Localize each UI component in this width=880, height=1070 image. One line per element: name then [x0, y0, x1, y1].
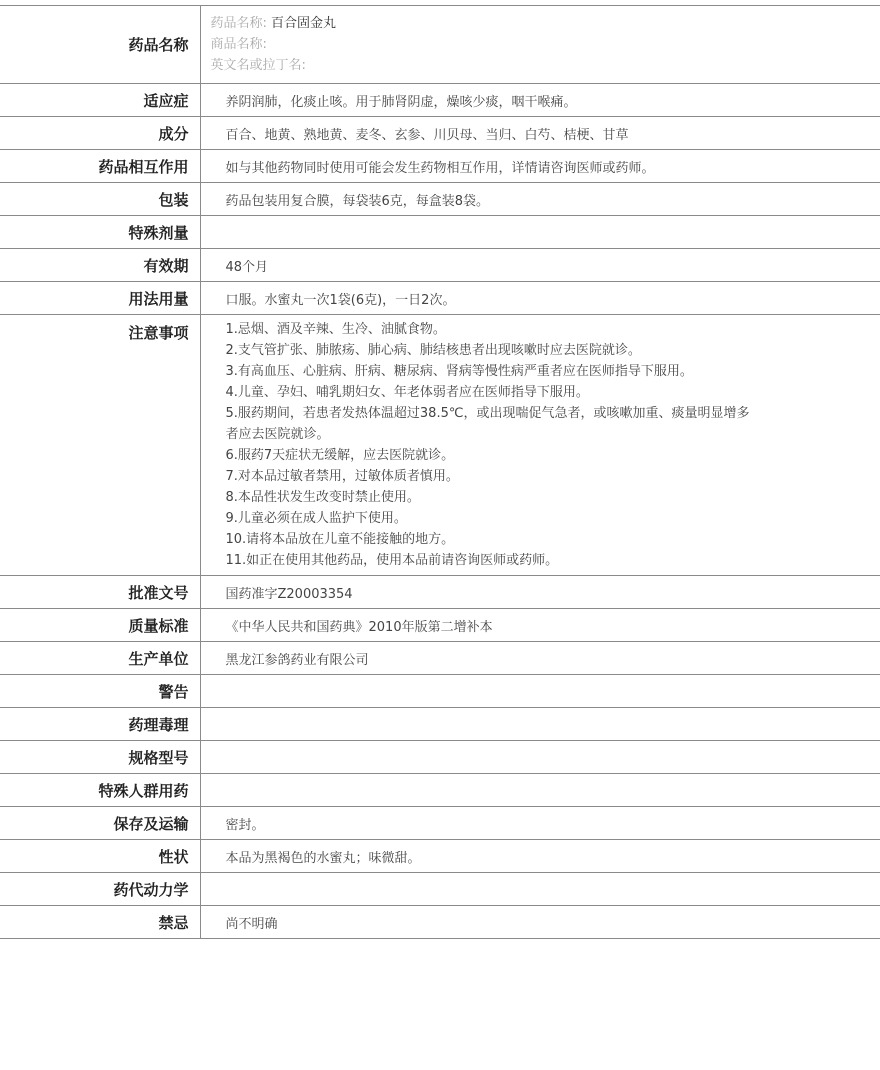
- row-label: 药理毒理: [0, 708, 200, 741]
- row-specification: 规格型号: [0, 741, 880, 774]
- row-pharmacology: 药理毒理: [0, 708, 880, 741]
- row-label: 注意事项: [0, 315, 200, 576]
- row-value: 尚不明确: [200, 906, 880, 939]
- row-value: 口服。水蜜丸一次1袋(6克)，一日2次。: [200, 282, 880, 315]
- row-value: [200, 675, 880, 708]
- row-value: 养阴润肺，化痰止咳。用于肺肾阴虚，燥咳少痰，咽干喉痛。: [200, 84, 880, 117]
- row-storage: 保存及运输 密封。: [0, 807, 880, 840]
- row-label: 药品名称: [0, 6, 200, 84]
- trade-name-key: 商品名称:: [211, 37, 267, 52]
- row-label: 包装: [0, 183, 200, 216]
- row-value: [200, 873, 880, 906]
- row-dosage: 用法用量 口服。水蜜丸一次1袋(6克)，一日2次。: [0, 282, 880, 315]
- row-value: [200, 708, 880, 741]
- list-item: 8.本品性状发生改变时禁止使用。: [226, 487, 880, 508]
- drug-spec-table: 药品名称 药品名称: 百合固金丸 商品名称: 英文名或拉丁名: 适应症 养阴润肺…: [0, 5, 880, 939]
- row-label: 有效期: [0, 249, 200, 282]
- generic-name-key: 药品名称:: [211, 16, 267, 31]
- list-item: 1.忌烟、酒及辛辣、生冷、油腻食物。: [226, 319, 880, 340]
- row-value: 如与其他药物同时使用可能会发生药物相互作用，详情请咨询医师或药师。: [200, 150, 880, 183]
- row-packaging: 包装 药品包装用复合膜，每袋装6克，每盒装8袋。: [0, 183, 880, 216]
- row-special-dosage: 特殊剂量: [0, 216, 880, 249]
- generic-name-line: 药品名称: 百合固金丸: [211, 13, 880, 34]
- row-value: [200, 774, 880, 807]
- row-value: 国药准字Z20003354: [200, 576, 880, 609]
- list-item: 10.请将本品放在儿童不能接触的地方。: [226, 529, 880, 550]
- row-value: [200, 741, 880, 774]
- row-value: 药品包装用复合膜，每袋装6克，每盒装8袋。: [200, 183, 880, 216]
- row-label: 警告: [0, 675, 200, 708]
- row-label: 用法用量: [0, 282, 200, 315]
- trade-name-line: 商品名称:: [211, 34, 880, 55]
- row-label: 药代动力学: [0, 873, 200, 906]
- latin-name-key: 英文名或拉丁名:: [211, 58, 306, 73]
- row-label: 禁忌: [0, 906, 200, 939]
- drug-name-values: 药品名称: 百合固金丸 商品名称: 英文名或拉丁名:: [200, 6, 880, 84]
- list-item: 11.如正在使用其他药品，使用本品前请咨询医师或药师。: [226, 550, 880, 571]
- row-special-populations: 特殊人群用药: [0, 774, 880, 807]
- generic-name-value: 百合固金丸: [271, 16, 336, 31]
- row-contraindications: 禁忌 尚不明确: [0, 906, 880, 939]
- row-pharmacokinetics: 药代动力学: [0, 873, 880, 906]
- row-label: 规格型号: [0, 741, 200, 774]
- row-value: 《中华人民共和国药典》2010年版第二增补本: [200, 609, 880, 642]
- row-drug-name: 药品名称 药品名称: 百合固金丸 商品名称: 英文名或拉丁名:: [0, 6, 880, 84]
- row-precautions: 注意事项 1.忌烟、酒及辛辣、生冷、油腻食物。 2.支气管扩张、肺脓疡、肺心病、…: [0, 315, 880, 576]
- precautions-list: 1.忌烟、酒及辛辣、生冷、油腻食物。 2.支气管扩张、肺脓疡、肺心病、肺结核患者…: [200, 315, 880, 576]
- row-interactions: 药品相互作用 如与其他药物同时使用可能会发生药物相互作用，详情请咨询医师或药师。: [0, 150, 880, 183]
- list-item: 4.儿童、孕妇、哺乳期妇女、年老体弱者应在医师指导下服用。: [226, 382, 880, 403]
- row-value: [200, 216, 880, 249]
- row-label: 适应症: [0, 84, 200, 117]
- list-item: 2.支气管扩张、肺脓疡、肺心病、肺结核患者出现咳嗽时应去医院就诊。: [226, 340, 880, 361]
- row-shelf-life: 有效期 48个月: [0, 249, 880, 282]
- list-item: 9.儿童必须在成人监护下使用。: [226, 508, 880, 529]
- row-value: 黑龙江参鸽药业有限公司: [200, 642, 880, 675]
- row-warning: 警告: [0, 675, 880, 708]
- latin-name-line: 英文名或拉丁名:: [211, 55, 880, 76]
- row-label: 批准文号: [0, 576, 200, 609]
- row-value: 本品为黑褐色的水蜜丸；味微甜。: [200, 840, 880, 873]
- row-label: 保存及运输: [0, 807, 200, 840]
- list-item: 7.对本品过敏者禁用，过敏体质者慎用。: [226, 466, 880, 487]
- row-label: 特殊人群用药: [0, 774, 200, 807]
- row-label: 生产单位: [0, 642, 200, 675]
- row-indications: 适应症 养阴润肺，化痰止咳。用于肺肾阴虚，燥咳少痰，咽干喉痛。: [0, 84, 880, 117]
- list-item: 6.服药7天症状无缓解，应去医院就诊。: [226, 445, 880, 466]
- row-approval-number: 批准文号 国药准字Z20003354: [0, 576, 880, 609]
- row-quality-standard: 质量标准 《中华人民共和国药典》2010年版第二增补本: [0, 609, 880, 642]
- row-label: 性状: [0, 840, 200, 873]
- row-ingredients: 成分 百合、地黄、熟地黄、麦冬、玄参、川贝母、当归、白芍、桔梗、甘草: [0, 117, 880, 150]
- row-label: 特殊剂量: [0, 216, 200, 249]
- list-item: 3.有高血压、心脏病、肝病、糖尿病、肾病等慢性病严重者应在医师指导下服用。: [226, 361, 880, 382]
- row-label: 质量标准: [0, 609, 200, 642]
- row-label: 药品相互作用: [0, 150, 200, 183]
- row-value: 48个月: [200, 249, 880, 282]
- row-value: 百合、地黄、熟地黄、麦冬、玄参、川贝母、当归、白芍、桔梗、甘草: [200, 117, 880, 150]
- list-item: 5.服药期间，若患者发热体温超过38.5℃，或出现喘促气急者，或咳嗽加重、痰量明…: [226, 403, 756, 445]
- row-manufacturer: 生产单位 黑龙江参鸽药业有限公司: [0, 642, 880, 675]
- row-description: 性状 本品为黑褐色的水蜜丸；味微甜。: [0, 840, 880, 873]
- row-label: 成分: [0, 117, 200, 150]
- row-value: 密封。: [200, 807, 880, 840]
